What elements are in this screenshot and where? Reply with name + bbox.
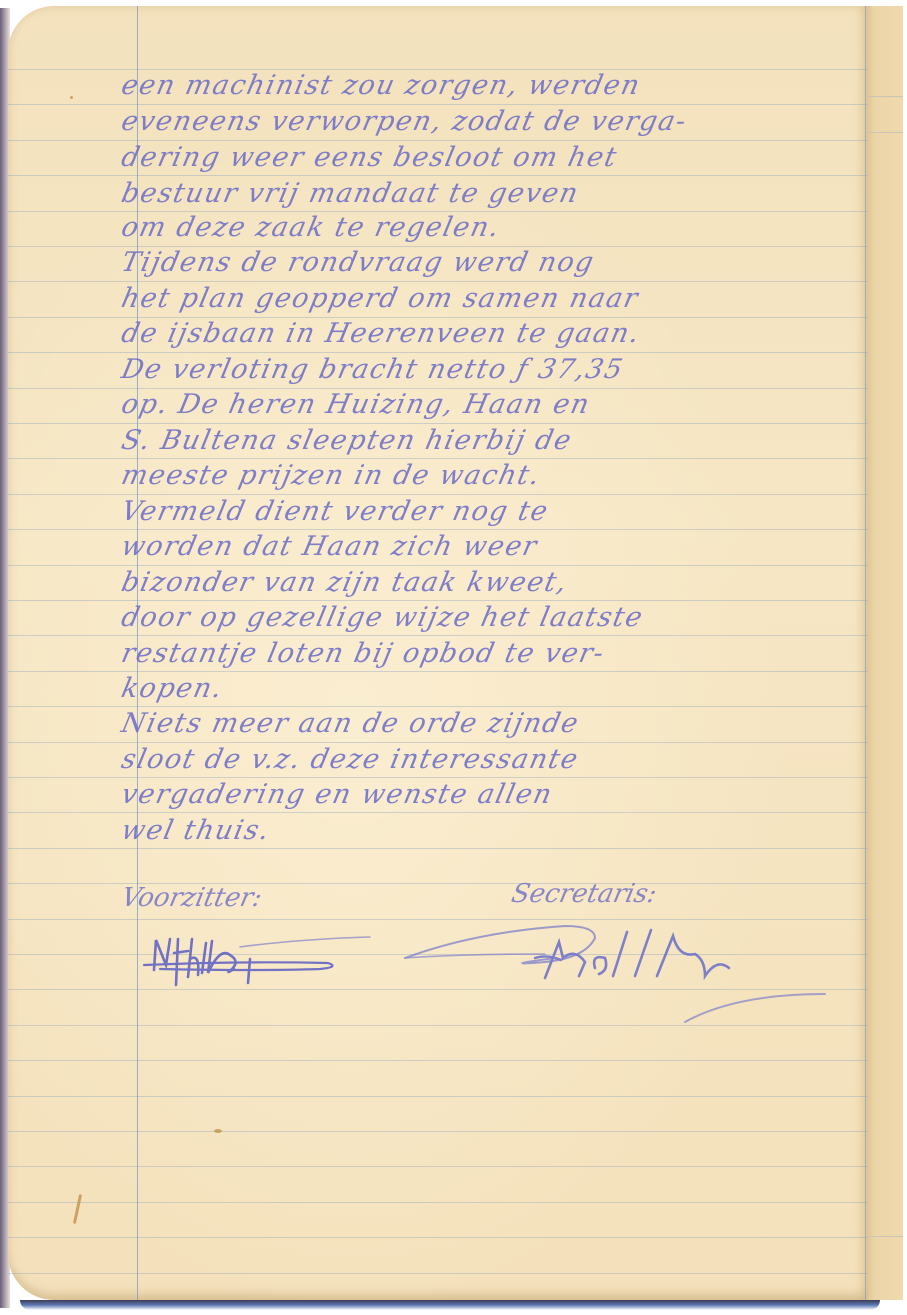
- text-line: De verloting bracht netto ƒ 37,35: [118, 352, 846, 388]
- text-line: kopen.: [118, 671, 846, 707]
- text-line: dering weer eens besloot om het: [118, 140, 846, 176]
- text-line: Tijdens de rondvraag werd nog: [118, 245, 846, 281]
- right-margin-line: [865, 6, 866, 1300]
- text-line: restantje loten bij opbod te ver-: [118, 636, 846, 672]
- ink-stain: [73, 1194, 82, 1224]
- page-bottom-shadow: [20, 1300, 880, 1310]
- text-line: op. De heren Huizing, Haan en: [118, 387, 846, 423]
- text-line: bestuur vrij mandaat te geven: [118, 176, 846, 212]
- text-line: sloot de v.z. deze interessante: [118, 742, 846, 778]
- text-line: meeste prijzen in de wacht.: [118, 458, 846, 494]
- chair-signature: [140, 925, 380, 995]
- text-line: het plan geopperd om samen naar: [118, 281, 846, 317]
- next-page-edge: [862, 6, 903, 1300]
- text-line: eveneens verworpen, zodat de verga-: [118, 104, 846, 140]
- text-line: S. Bultena sleepten hierbij de: [118, 423, 846, 459]
- text-line: wel thuis.: [118, 813, 846, 849]
- chair-label: Voorzitter:: [118, 880, 265, 916]
- text-line: Vermeld dient verder nog te: [118, 494, 846, 530]
- text-line: vergadering en wenste allen: [118, 777, 846, 813]
- text-line: de ijsbaan in Heerenveen te gaan.: [118, 316, 846, 352]
- text-line: bizonder van zijn taak kweet,: [118, 565, 846, 601]
- text-line: worden dat Haan zich weer: [118, 529, 846, 565]
- text-line: Niets meer aan de orde zijnde: [118, 706, 846, 742]
- text-line: om deze zaak te regelen.: [118, 210, 846, 246]
- back-page-rule: [863, 132, 903, 133]
- text-line: een machinist zou zorgen, werden: [118, 68, 846, 104]
- back-page-rule: [863, 1236, 903, 1237]
- text-line: door op gezellige wijze het laatste: [118, 600, 846, 636]
- paper-speck: [70, 96, 73, 99]
- ink-speck: [214, 1129, 222, 1133]
- secretary-label: Secretaris:: [508, 876, 660, 912]
- back-page-rule: [863, 96, 903, 97]
- secretary-signature: [395, 918, 845, 1028]
